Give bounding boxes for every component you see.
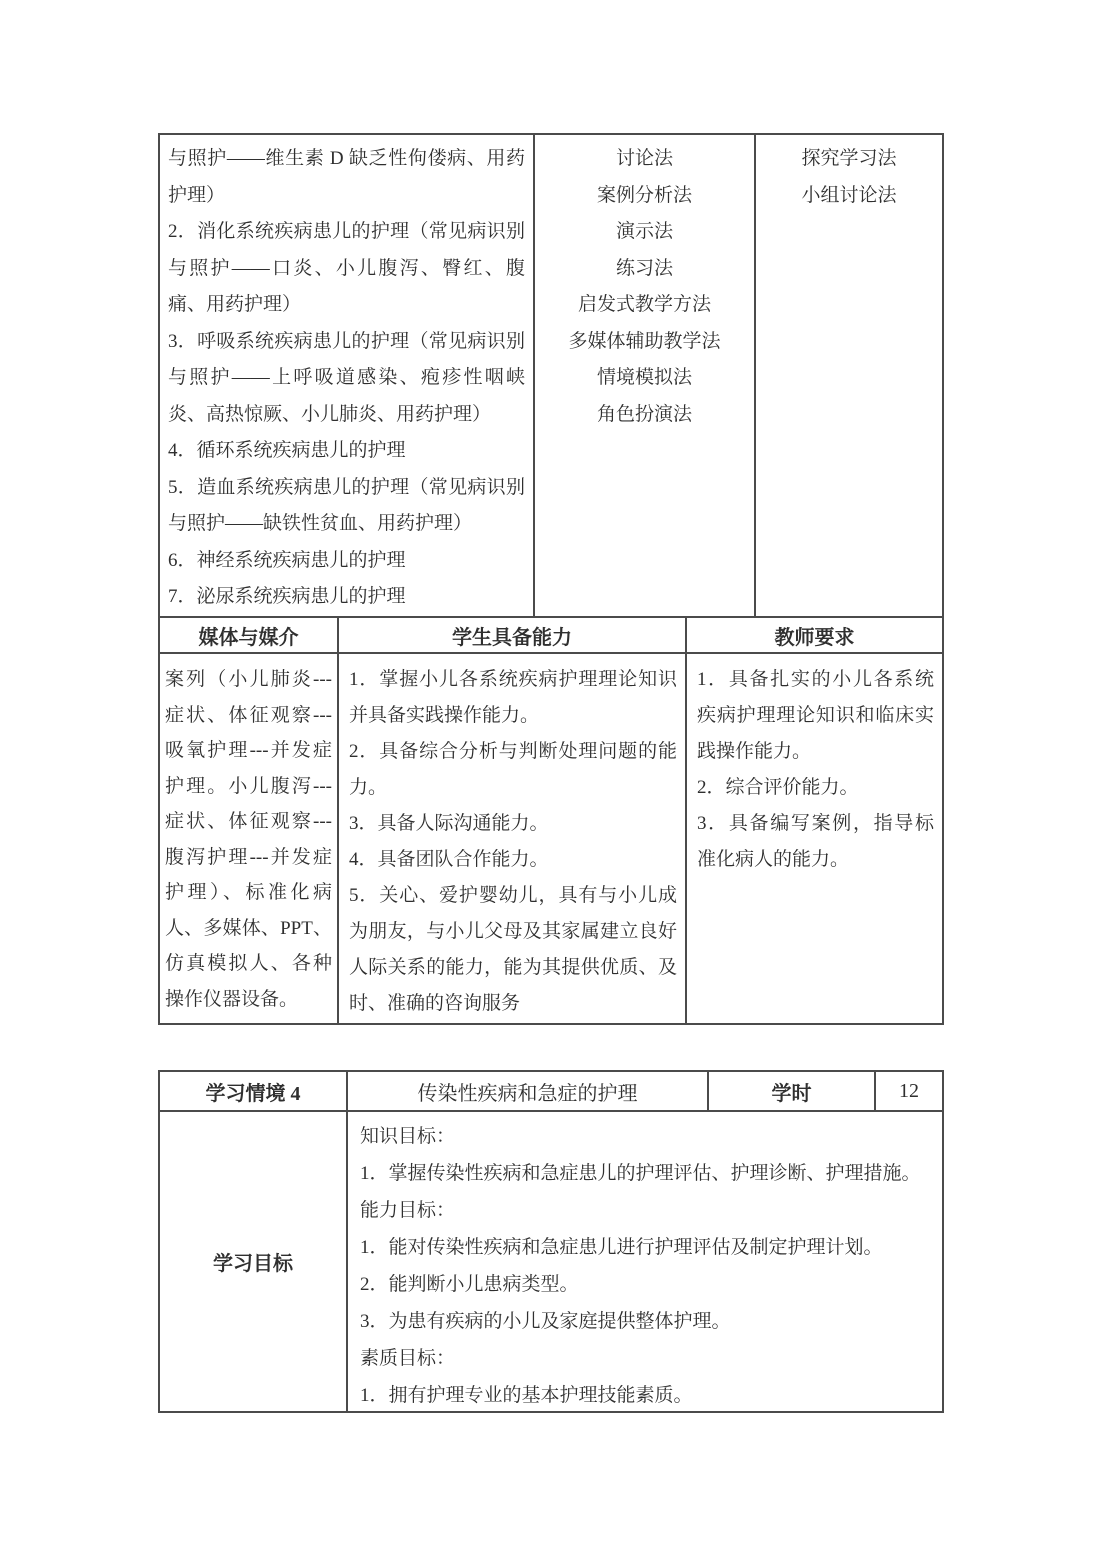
objective-line: 2．能判断小儿患病类型。 <box>360 1266 932 1303</box>
course-unit-table: 与照护——维生素 D 缺乏性佝偻病、用药护理）2．消化系统疾病患儿的护理（常见病… <box>158 133 944 1025</box>
teaching-method-item: 案例分析法 <box>535 178 754 215</box>
student-ability-item: 1．掌握小儿各系统疾病护理理论知识并具备实践操作能力。 <box>349 662 677 734</box>
unit-content-paragraph: 与照护——维生素 D 缺乏性佝偻病、用药护理） <box>168 141 525 214</box>
teaching-method-item: 演示法 <box>535 214 754 251</box>
teacher-requirement-item: 3．具备编写案例，指导标准化病人的能力。 <box>697 806 934 878</box>
document-page: 与照护——维生素 D 缺乏性佝偻病、用药护理）2．消化系统疾病患儿的护理（常见病… <box>0 0 1103 1559</box>
unit-content-paragraph: 2．消化系统疾病患儿的护理（常见病识别与照护——口炎、小儿腹泻、臀红、腹痛、用药… <box>168 214 525 324</box>
teaching-method-item: 讨论法 <box>535 141 754 178</box>
objective-line: 能力目标： <box>360 1192 932 1229</box>
objectives-label-cell: 学习目标 <box>160 1112 346 1411</box>
teacher-requirement-item: 1．具备扎实的小儿各系统疾病护理理论知识和临床实践操作能力。 <box>697 662 934 770</box>
learning-situation-table: 学习情境 4 传染性疾病和急症的护理 学时 12 学习目标 知识目标：1．掌握传… <box>158 1070 944 1413</box>
teaching-method-item: 练习法 <box>535 251 754 288</box>
hours-label-cell: 学时 <box>707 1072 874 1110</box>
unit-content-cell: 与照护——维生素 D 缺乏性佝偻病、用药护理）2．消化系统疾病患儿的护理（常见病… <box>160 135 533 616</box>
objective-line: 1．拥有护理专业的基本护理技能素质。 <box>360 1377 932 1411</box>
teaching-method-item: 启发式教学方法 <box>535 287 754 324</box>
teaching-methods-cell: 讨论法案例分析法演示法练习法启发式教学方法多媒体辅助教学法情境模拟法角色扮演法 <box>533 135 754 616</box>
student-ability-item: 5．关心、爱护婴幼儿，具有与小儿成为朋友，与小儿父母及其家属建立良好人际关系的能… <box>349 878 677 1022</box>
media-content-cell: 案列（小儿肺炎---症状、体征观察---吸氧护理---并发症护理。小儿腹泻---… <box>160 654 337 1023</box>
situation-label-cell: 学习情境 4 <box>160 1072 346 1110</box>
objective-line: 知识目标： <box>360 1118 932 1155</box>
teacher-requirement-content-cell: 1．具备扎实的小儿各系统疾病护理理论知识和临床实践操作能力。2．综合评价能力。3… <box>685 654 942 1023</box>
teaching-method-item: 角色扮演法 <box>535 397 754 434</box>
student-ability-item: 2．具备综合分析与判断处理问题的能力。 <box>349 734 677 806</box>
objective-line: 3．为患有疾病的小儿及家庭提供整体护理。 <box>360 1303 932 1340</box>
learning-method-item: 探究学习法 <box>756 141 942 178</box>
teaching-method-item: 情境模拟法 <box>535 360 754 397</box>
teacher-requirement-item: 2．综合评价能力。 <box>697 770 934 806</box>
teacher-requirement-header-cell: 教师要求 <box>685 618 942 652</box>
hours-value-cell: 12 <box>874 1072 942 1110</box>
student-ability-item: 3．具备人际沟通能力。 <box>349 806 677 842</box>
teaching-method-item: 多媒体辅助教学法 <box>535 324 754 361</box>
unit-content-paragraph: 4．循环系统疾病患儿的护理 <box>168 433 525 470</box>
section-header-row: 媒体与媒介 学生具备能力 教师要求 <box>160 616 942 652</box>
objective-line: 素质目标： <box>360 1340 932 1377</box>
student-ability-content-cell: 1．掌握小儿各系统疾病护理理论知识并具备实践操作能力。2．具备综合分析与判断处理… <box>337 654 685 1023</box>
objectives-content-cell: 知识目标：1．掌握传染性疾病和急症患儿的护理评估、护理诊断、护理措施。能力目标：… <box>346 1112 942 1411</box>
unit-content-paragraph: 7．泌尿系统疾病患儿的护理 <box>168 579 525 616</box>
section-body-row: 案列（小儿肺炎---症状、体征观察---吸氧护理---并发症护理。小儿腹泻---… <box>160 652 942 1023</box>
media-header-cell: 媒体与媒介 <box>160 618 337 652</box>
objective-line: 1．能对传染性疾病和急症患儿进行护理评估及制定护理计划。 <box>360 1229 932 1266</box>
objectives-row: 学习目标 知识目标：1．掌握传染性疾病和急症患儿的护理评估、护理诊断、护理措施。… <box>160 1110 942 1411</box>
objective-line: 1．掌握传染性疾病和急症患儿的护理评估、护理诊断、护理措施。 <box>360 1155 932 1192</box>
student-ability-item: 4．具备团队合作能力。 <box>349 842 677 878</box>
situation-title-cell: 传染性疾病和急症的护理 <box>346 1072 707 1110</box>
unit-content-paragraph: 6．神经系统疾病患儿的护理 <box>168 543 525 580</box>
unit-content-row: 与照护——维生素 D 缺乏性佝偻病、用药护理）2．消化系统疾病患儿的护理（常见病… <box>160 135 942 616</box>
unit-content-paragraph: 3．呼吸系统疾病患儿的护理（常见病识别与照护——上呼吸道感染、疱疹性咽峡炎、高热… <box>168 324 525 434</box>
learning-method-item: 小组讨论法 <box>756 178 942 215</box>
situation-header-row: 学习情境 4 传染性疾病和急症的护理 学时 12 <box>160 1072 942 1110</box>
learning-methods-cell: 探究学习法小组讨论法 <box>754 135 942 616</box>
unit-content-paragraph: 5．造血系统疾病患儿的护理（常见病识别与照护——缺铁性贫血、用药护理） <box>168 470 525 543</box>
student-ability-header-cell: 学生具备能力 <box>337 618 685 652</box>
